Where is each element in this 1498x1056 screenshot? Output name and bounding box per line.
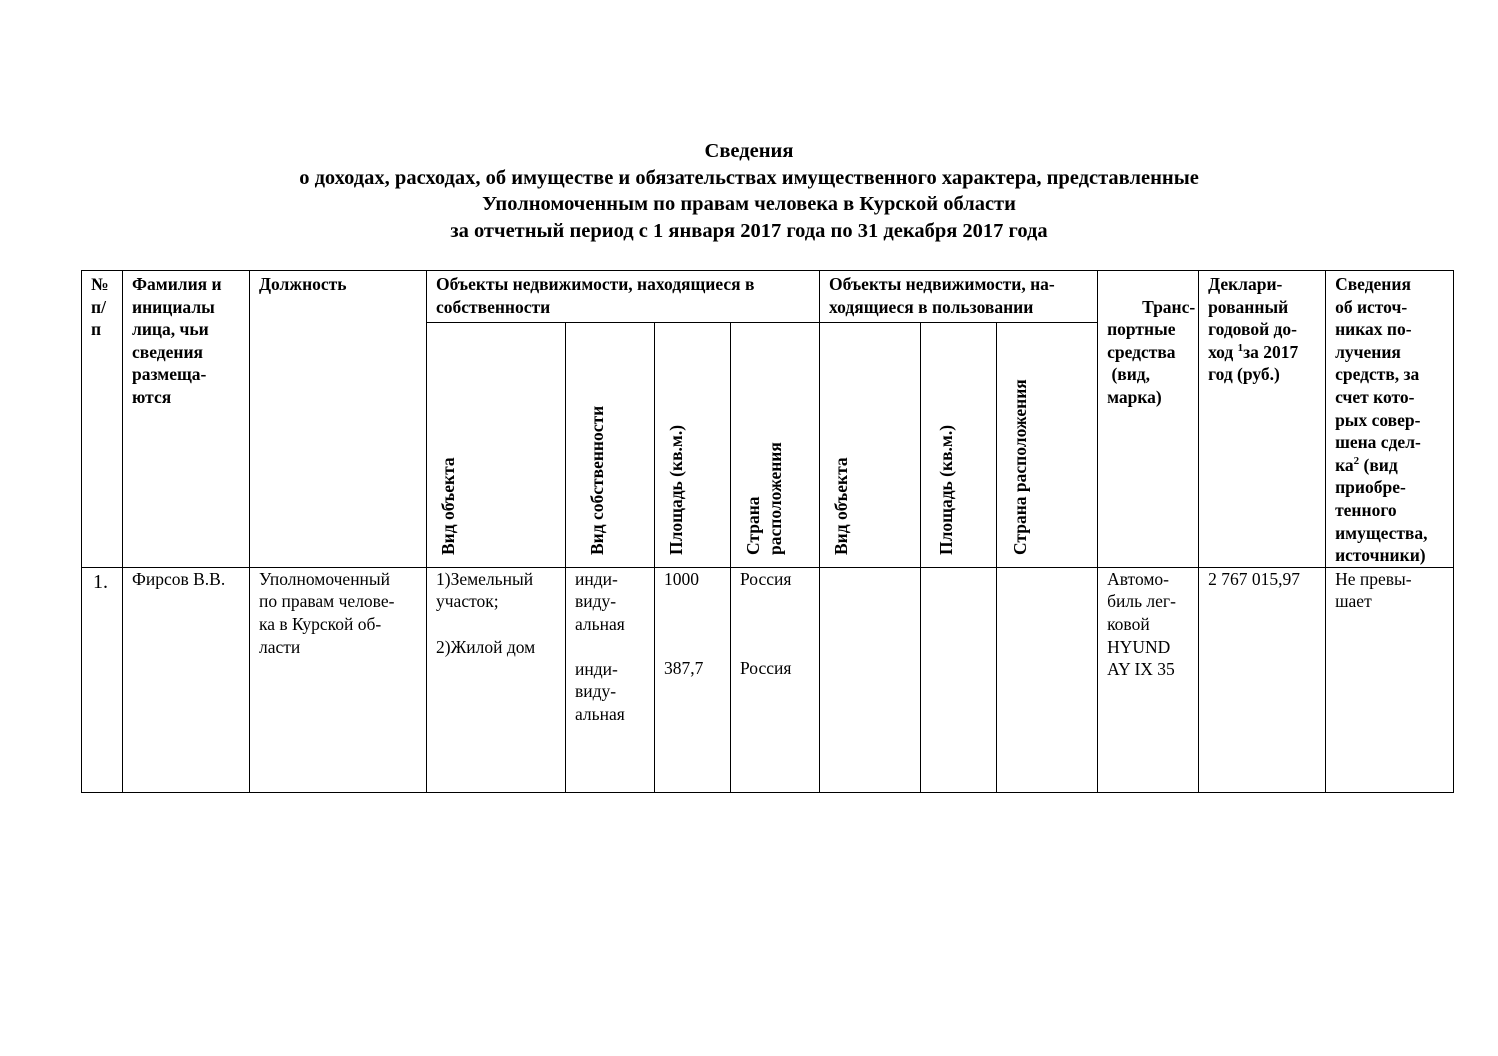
header-income-line: Деклари- bbox=[1208, 274, 1282, 294]
header-name-line: сведения bbox=[132, 342, 203, 362]
header-income-line: ход bbox=[1208, 342, 1238, 362]
owned-object-1-line: участок; bbox=[436, 591, 499, 611]
owned-area-2: 387,7 bbox=[664, 658, 703, 678]
header-sources-line: приобре- bbox=[1335, 477, 1406, 497]
title-line-4: за отчетный период с 1 января 2017 года … bbox=[0, 218, 1498, 245]
vehicle-line: биль лег- bbox=[1107, 591, 1176, 611]
header-number-line: № bbox=[91, 274, 109, 294]
declared-income: 2 767 015,97 bbox=[1199, 568, 1325, 591]
header-sources-line: никах по- bbox=[1335, 319, 1412, 339]
cell-owned-country: Россия Россия bbox=[731, 567, 820, 792]
cell-owned-ownership: инди- виду- альная инди- виду- альная bbox=[566, 567, 655, 792]
header-sources: Сведения об источ- никах по- лучения сре… bbox=[1326, 271, 1454, 568]
header-vehicles-line: марка) bbox=[1107, 387, 1162, 407]
owned-country-1: Россия bbox=[740, 569, 791, 589]
header-owned-object-type-label: Вид объекта bbox=[437, 457, 455, 555]
declaration-table: № п/ п Фамилия и инициалы лица, чьи свед… bbox=[81, 270, 1454, 793]
header-sources-line: Сведения bbox=[1335, 274, 1411, 294]
ownership-1-line: виду- bbox=[575, 591, 616, 611]
header-name: Фамилия и инициалы лица, чьи сведения ра… bbox=[123, 271, 250, 568]
cell-income: 2 767 015,97 bbox=[1199, 567, 1326, 792]
header-owned-group: Объекты недвижимости, находящиеся в собс… bbox=[427, 271, 820, 323]
header-vehicles-line: (вид, bbox=[1107, 364, 1150, 384]
owned-object-1-line: 1)Земельный bbox=[436, 569, 533, 589]
header-income: Деклари- рованный годовой до- ход 1за 20… bbox=[1199, 271, 1326, 568]
header-sources-line: рых совер- bbox=[1335, 410, 1420, 430]
header-used-area: Площадь (кв.м.) bbox=[921, 322, 997, 567]
header-name-line: размеща- bbox=[132, 364, 206, 384]
header-owned-area: Площадь (кв.м.) bbox=[655, 322, 731, 567]
cell-used-object-type bbox=[820, 567, 921, 792]
cell-used-area bbox=[921, 567, 997, 792]
header-used-group: Объекты недвижимости, на- ходящиеся в по… bbox=[820, 271, 1098, 323]
header-vehicles-line: средства bbox=[1107, 342, 1175, 362]
table-row: 1. Фирсов В.В. Уполномоченный по правам … bbox=[82, 567, 1454, 792]
header-income-line: рованный bbox=[1208, 297, 1288, 317]
owned-area-1: 1000 bbox=[664, 569, 699, 589]
title-line-1: Сведения bbox=[0, 138, 1498, 165]
header-name-line: Фамилия и bbox=[132, 274, 222, 294]
header-sources-line: счет кото- bbox=[1335, 387, 1414, 407]
header-number-line: п/ bbox=[91, 297, 106, 317]
cell-sources: Не превы- шает bbox=[1326, 567, 1454, 792]
header-number: № п/ п bbox=[82, 271, 123, 568]
title-line-3: Уполномоченным по правам человека в Курс… bbox=[0, 191, 1498, 218]
header-number-line: п bbox=[91, 319, 101, 339]
header-owned-ownership-type: Вид собственности bbox=[566, 322, 655, 567]
title-line-2: о доходах, расходах, об имуществе и обяз… bbox=[0, 165, 1498, 192]
header-sources-line: (вид bbox=[1359, 455, 1398, 475]
cell-owned-area: 1000 387,7 bbox=[655, 567, 731, 792]
header-income-line: за 2017 bbox=[1243, 342, 1298, 362]
header-used-object-type: Вид объекта bbox=[820, 322, 921, 567]
header-ownership-type-label: Вид собственности bbox=[586, 406, 609, 555]
header-used-country-label: Страна расположения bbox=[1009, 379, 1032, 555]
header-sources-line: ка bbox=[1335, 455, 1354, 475]
header-position-label: Должность bbox=[250, 271, 426, 296]
cell-owned-object-type: 1)Земельный участок; 2)Жилой дом bbox=[427, 567, 566, 792]
header-sources-line: средств, за bbox=[1335, 364, 1419, 384]
vehicle-line: ковой bbox=[1107, 614, 1150, 634]
header-vehicles: Транс-портныесредства (вид,марка) bbox=[1098, 271, 1199, 568]
header-income-line: год (руб.) bbox=[1208, 364, 1280, 384]
position-line: по правам челове- bbox=[259, 591, 394, 611]
header-name-line: ются bbox=[132, 387, 171, 407]
cell-vehicles: Автомо- биль лег- ковой HYUND AY IX 35 bbox=[1098, 567, 1199, 792]
header-position: Должность bbox=[250, 271, 427, 568]
ownership-2-line: инди- bbox=[575, 659, 618, 679]
ownership-2-line: альная bbox=[575, 704, 625, 724]
owned-object-2-line: 2)Жилой дом bbox=[436, 637, 535, 657]
header-sources-line: источники) bbox=[1335, 545, 1426, 565]
position-line: ка в Курской об- bbox=[259, 614, 381, 634]
header-owned-line: собственности bbox=[436, 297, 550, 317]
sources-line: Не превы- bbox=[1335, 569, 1412, 589]
header-owned-line: Объекты недвижимости, находящиеся в bbox=[436, 274, 754, 294]
ownership-2-line: виду- bbox=[575, 681, 616, 701]
header-owned-area-label: Площадь (кв.м.) bbox=[665, 425, 688, 555]
header-owned-object-type: Вид объекта bbox=[427, 322, 566, 567]
vehicle-line: HYUND bbox=[1107, 637, 1170, 657]
owned-country-2: Россия bbox=[740, 658, 791, 678]
header-vehicles-line: портные bbox=[1107, 319, 1175, 339]
cell-name: Фирсов В.В. bbox=[123, 567, 250, 792]
ownership-1-line: инди- bbox=[575, 569, 618, 589]
cell-position: Уполномоченный по правам челове- ка в Ку… bbox=[250, 567, 427, 792]
person-name: Фирсов В.В. bbox=[123, 568, 249, 591]
header-sources-line: тенного bbox=[1335, 500, 1397, 520]
header-owned-country: Страна расположения bbox=[731, 322, 820, 567]
header-used-object-type-label: Вид объекта bbox=[830, 457, 853, 555]
header-used-area-label: Площадь (кв.м.) bbox=[935, 425, 958, 555]
header-owned-country-label: Страна расположения bbox=[742, 442, 786, 555]
header-vehicles-line: Транс- bbox=[1142, 297, 1195, 317]
header-row-1: № п/ п Фамилия и инициалы лица, чьи свед… bbox=[82, 271, 1454, 323]
header-owned-country-line: Страна bbox=[743, 496, 763, 555]
header-used-country: Страна расположения bbox=[997, 322, 1098, 567]
header-name-line: инициалы bbox=[132, 297, 215, 317]
sources-line: шает bbox=[1335, 591, 1372, 611]
vehicle-line: AY IX 35 bbox=[1107, 659, 1175, 679]
cell-number: 1. bbox=[82, 567, 123, 792]
vehicle-line: Автомо- bbox=[1107, 569, 1169, 589]
ownership-1-line: альная bbox=[575, 614, 625, 634]
header-sources-line: шена сдел- bbox=[1335, 432, 1421, 452]
header-sources-line: об источ- bbox=[1335, 297, 1407, 317]
header-owned-country-line: расположения bbox=[765, 442, 785, 555]
header-used-line: Объекты недвижимости, на- bbox=[829, 274, 1055, 294]
position-line: Уполномоченный bbox=[259, 569, 390, 589]
header-name-line: лица, чьи bbox=[132, 319, 209, 339]
header-income-line: годовой до- bbox=[1208, 319, 1297, 339]
document-title: Сведения о доходах, расходах, об имущест… bbox=[0, 138, 1498, 244]
header-sources-line: лучения bbox=[1335, 342, 1401, 362]
header-sources-line: имущества, bbox=[1335, 523, 1427, 543]
row-number: 1. bbox=[82, 568, 122, 595]
position-line: ласти bbox=[259, 637, 300, 657]
header-used-line: ходящиеся в пользовании bbox=[829, 297, 1033, 317]
cell-used-country bbox=[997, 567, 1098, 792]
